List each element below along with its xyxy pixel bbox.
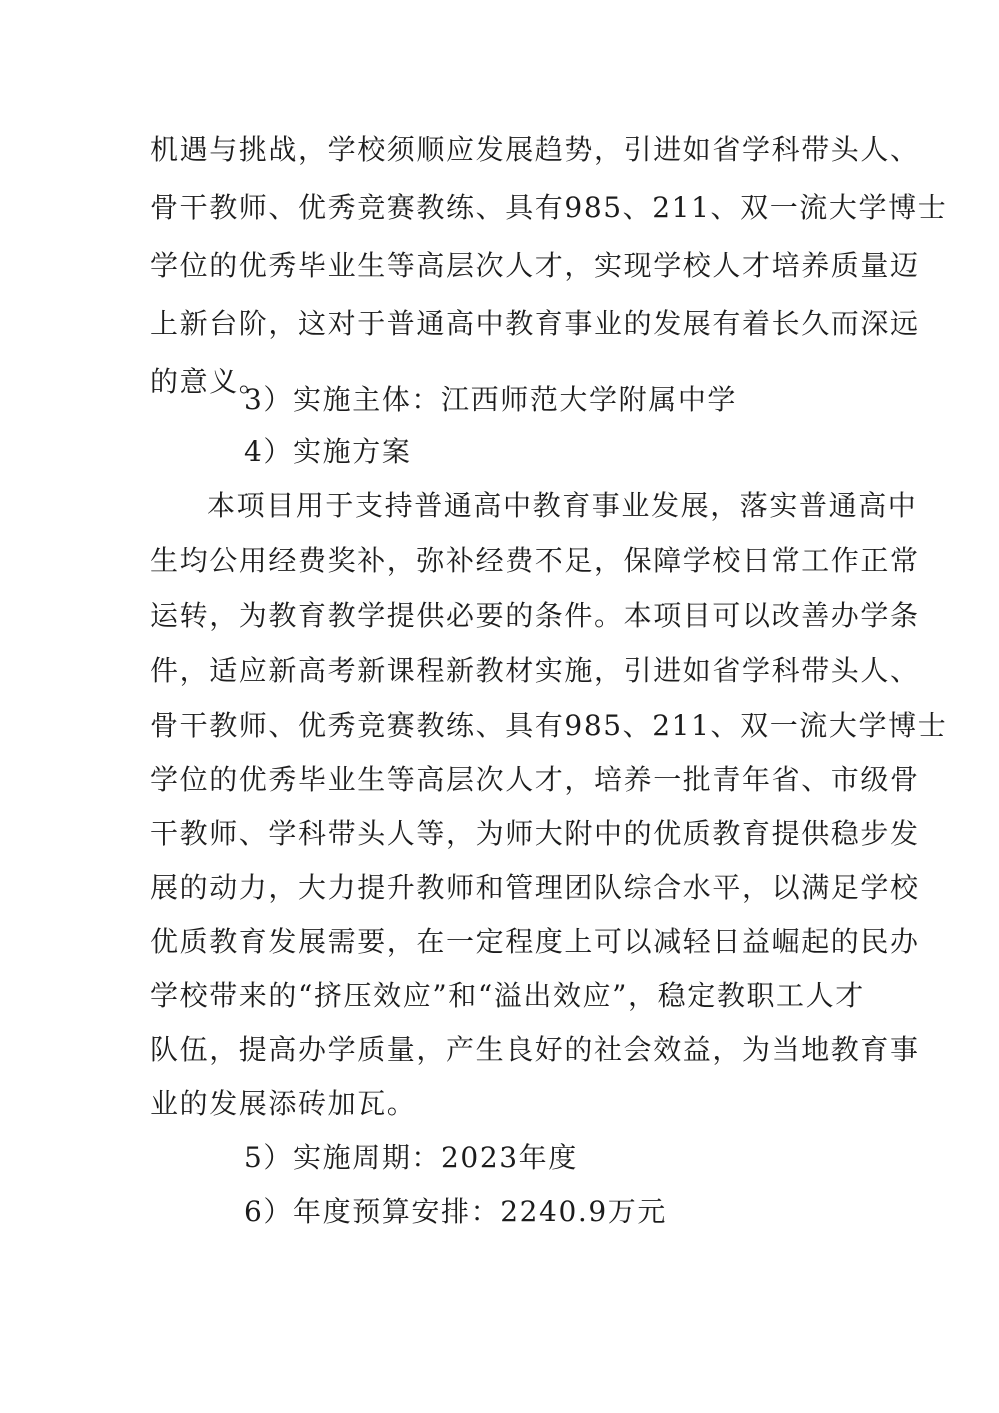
paragraph-line: 展的动力，大力提升教师和管理团队综合水平，以满足学校: [150, 868, 850, 908]
document-page: 机遇与挑战，学校须顺应发展趋势，引进如省学科带头人、 骨干教师、优秀竞赛教练、具…: [0, 0, 999, 1413]
paragraph-line: 上新台阶，这对于普通高中教育事业的发展有着长久而深远: [150, 304, 850, 344]
paragraph-line: 学位的优秀毕业生等高层次人才，实现学校人才培养质量迈: [150, 246, 850, 286]
paragraph-line: 学校带来的“挤压效应”和“溢出效应”，稳定教职工人才: [150, 976, 850, 1016]
paragraph-line: 机遇与挑战，学校须顺应发展趋势，引进如省学科带头人、: [150, 130, 850, 170]
paragraph-line: 件，适应新高考新课程新教材实施，引进如省学科带头人、: [150, 651, 850, 691]
paragraph-line: 骨干教师、优秀竞赛教练、具有985、211、双一流大学博士: [150, 706, 850, 746]
paragraph-line: 优质教育发展需要，在一定程度上可以减轻日益崛起的民办: [150, 922, 850, 962]
item-implementation-period: 5）实施周期：2023年度: [244, 1138, 944, 1178]
paragraph-line: 队伍，提高办学质量，产生良好的社会效益，为当地教育事: [150, 1030, 850, 1070]
item-implementation-plan-heading: 4）实施方案: [244, 432, 944, 472]
paragraph-line: 骨干教师、优秀竞赛教练、具有985、211、双一流大学博士: [150, 188, 850, 228]
paragraph-line: 业的发展添砖加瓦。: [150, 1084, 850, 1124]
paragraph-line: 干教师、学科带头人等，为师大附中的优质教育提供稳步发: [150, 814, 850, 854]
paragraph-line: 本项目用于支持普通高中教育事业发展，落实普通高中: [207, 486, 907, 526]
item-implementing-entity: 3）实施主体：江西师范大学附属中学: [244, 380, 944, 420]
item-annual-budget: 6）年度预算安排：2240.9万元: [244, 1192, 944, 1232]
paragraph-line: 运转，为教育教学提供必要的条件。本项目可以改善办学条: [150, 596, 850, 636]
paragraph-line: 学位的优秀毕业生等高层次人才，培养一批青年省、市级骨: [150, 760, 850, 800]
paragraph-line: 生均公用经费奖补，弥补经费不足，保障学校日常工作正常: [150, 541, 850, 581]
